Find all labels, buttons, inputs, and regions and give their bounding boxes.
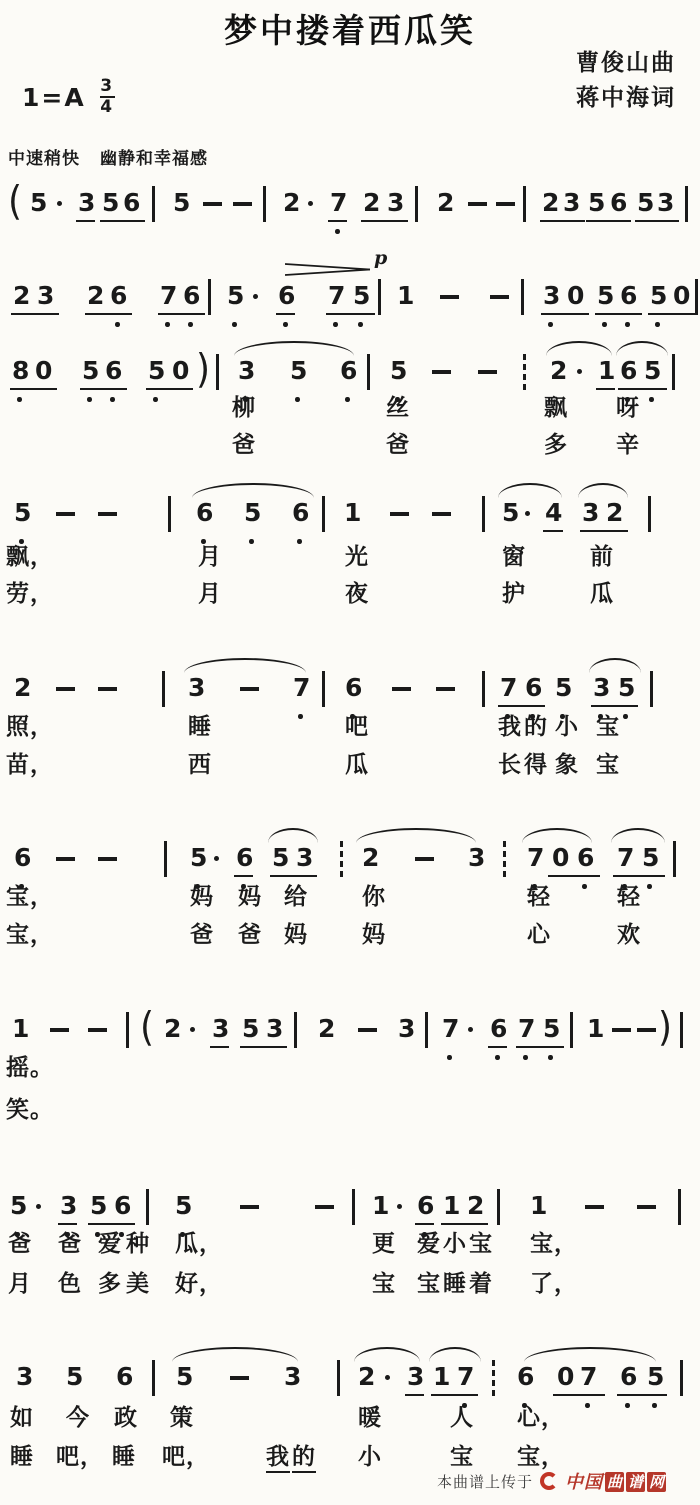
note-2: 2 — [283, 190, 300, 215]
dash-note — [98, 687, 117, 691]
lyric-syllable: 窗 — [502, 545, 526, 570]
octave-dot — [115, 322, 120, 327]
lyric-syllable: 吧 — [345, 715, 369, 740]
dash-note — [233, 202, 252, 206]
note-5: 5 — [244, 500, 261, 525]
lyric-syllable: 政 — [114, 1406, 138, 1431]
beam-underline — [498, 705, 545, 707]
note-6: 6 — [114, 1193, 131, 1218]
note-1: 1 — [598, 358, 615, 383]
lyric-syllable: 色 — [58, 1272, 82, 1297]
note-5: 5 — [190, 845, 207, 870]
barline — [482, 496, 485, 532]
note-5: 5 — [642, 845, 659, 870]
barline — [367, 354, 370, 390]
note-2: 2 — [606, 500, 623, 525]
slur-arc — [172, 1347, 298, 1362]
note-6: 6 — [610, 190, 627, 215]
dash-note — [56, 512, 75, 516]
beam-underline — [88, 1223, 135, 1225]
lyric-syllable: 瓜 — [590, 582, 614, 607]
beam-underline — [580, 530, 628, 532]
slur-arc — [589, 658, 641, 673]
lyric-syllable: 宝 — [417, 1272, 441, 1297]
lyric-syllable: 睡 — [112, 1445, 136, 1470]
lyric-syllable: 妈 — [362, 923, 386, 948]
note-3: 3 — [78, 190, 95, 215]
lyric-syllable: 吧， — [162, 1445, 210, 1470]
lyric-syllable: 照， — [6, 715, 54, 740]
beam-underline — [431, 1394, 478, 1396]
note-6: 6 — [517, 1364, 534, 1389]
upload-note: 本曲谱上传于 — [437, 1471, 533, 1492]
octave-dot — [232, 322, 237, 327]
lyric-syllable: 轻 — [617, 885, 641, 910]
mood-marking: 幽静和幸福感 — [100, 149, 208, 169]
note-5: 5 — [102, 190, 119, 215]
lyric-syllable: 更 — [372, 1232, 396, 1257]
note-6: 6 — [345, 675, 362, 700]
note-3: 3 — [212, 1016, 229, 1041]
note-7: 7 — [330, 190, 347, 215]
slur-arc — [356, 828, 476, 843]
slur-arc — [611, 828, 665, 843]
note-5: 5 — [637, 190, 654, 215]
lyric-syllable: 如 — [10, 1406, 34, 1431]
slur-arc — [498, 483, 562, 498]
octave-dot — [165, 322, 170, 327]
note-3: 3 — [593, 675, 610, 700]
lyric-syllable: 月 — [198, 582, 222, 607]
barline — [152, 1360, 155, 1396]
beam-underline — [234, 875, 253, 877]
note-2: 2 — [362, 845, 379, 870]
slur-arc — [522, 828, 592, 843]
beam-underline — [405, 1394, 424, 1396]
note-6: 6 — [490, 1016, 507, 1041]
note-5: 5 — [555, 675, 572, 700]
slur-arc — [616, 341, 668, 356]
decrescendo-hairpin — [285, 261, 370, 274]
lyric-syllable: 今 — [66, 1406, 90, 1431]
barline — [482, 671, 485, 707]
beam-underline — [553, 1394, 605, 1396]
phrase-paren: ( — [140, 1008, 154, 1048]
lyric-syllable: 睡 — [443, 1272, 467, 1297]
lyric-syllable: 欢 — [617, 923, 641, 948]
barline — [152, 186, 155, 222]
lyric-syllable: 妈 — [190, 885, 214, 910]
note-3: 3 — [188, 675, 205, 700]
note-6: 6 — [183, 283, 200, 308]
octave-dot — [358, 322, 363, 327]
barline — [322, 671, 325, 707]
octave-dot — [295, 397, 300, 402]
note-0: 0 — [35, 358, 52, 383]
barline-dashed — [503, 841, 506, 877]
barline — [521, 279, 524, 315]
lyric-syllable: 暖 — [358, 1406, 382, 1431]
note-0: 0 — [567, 283, 584, 308]
octave-dot — [582, 884, 587, 889]
aug-dot — [577, 369, 582, 374]
beam-underline — [80, 388, 127, 390]
beam-underline — [595, 313, 642, 315]
beam-underline — [596, 388, 615, 390]
beam-underline — [441, 1223, 488, 1225]
lyric-syllable: 爸 — [232, 433, 256, 458]
lyric-syllable: 妈 — [238, 885, 262, 910]
lyric-syllable: 丝 — [386, 396, 410, 421]
lyric-syllable: 小 — [443, 1232, 467, 1257]
barline — [570, 1012, 573, 1048]
lyric-syllable: 爱 — [98, 1232, 122, 1257]
note-5: 5 — [66, 1364, 83, 1389]
note-0: 0 — [552, 845, 569, 870]
beam-underline — [270, 875, 317, 877]
lyric-syllable: 种 — [126, 1232, 150, 1257]
beam-underline — [488, 1046, 507, 1048]
lyric-syllable: 象 — [555, 753, 579, 778]
note-5: 5 — [30, 190, 47, 215]
composer-credit: 曹俊山曲 — [576, 44, 676, 77]
lyric-syllable: 劳， — [6, 582, 54, 607]
beam-underline — [613, 875, 665, 877]
note-2: 2 — [542, 190, 559, 215]
note-1: 1 — [372, 1193, 389, 1218]
lyric-syllable: 夜 — [345, 582, 369, 607]
lyric-syllable: 月 — [8, 1272, 32, 1297]
octave-dot — [19, 539, 24, 544]
barline — [648, 496, 651, 532]
dash-note — [56, 857, 75, 861]
octave-dot — [585, 1403, 590, 1408]
note-7: 7 — [328, 283, 345, 308]
barline — [168, 496, 171, 532]
note-5: 5 — [176, 1364, 193, 1389]
note-6: 6 — [620, 283, 637, 308]
beam-underline — [328, 220, 347, 222]
dash-note — [432, 370, 451, 374]
note-5: 5 — [390, 358, 407, 383]
octave-dot — [625, 322, 630, 327]
lyric-syllable: 宝， — [6, 885, 54, 910]
note-3: 3 — [398, 1016, 415, 1041]
dash-note — [436, 687, 455, 691]
octave-dot — [655, 322, 660, 327]
dash-note — [315, 1205, 334, 1209]
note-7: 7 — [457, 1364, 474, 1389]
note-5: 5 — [543, 1016, 560, 1041]
site-logo-icon — [540, 1472, 558, 1490]
site-name-block: 网 — [647, 1472, 666, 1492]
lyric-syllable: 的 — [524, 715, 548, 740]
note-6: 6 — [123, 190, 140, 215]
beam-underline — [240, 1046, 287, 1048]
note-1: 1 — [530, 1193, 547, 1218]
lyric-syllable: 妈 — [284, 923, 308, 948]
barline-dashed — [523, 354, 526, 390]
note-2: 2 — [358, 1364, 375, 1389]
note-2: 2 — [87, 283, 104, 308]
octave-dot — [201, 539, 206, 544]
dash-note — [240, 1205, 259, 1209]
barline — [425, 1012, 428, 1048]
dash-note — [230, 1376, 249, 1380]
note-3: 3 — [407, 1364, 424, 1389]
phrase-paren: ( — [8, 182, 22, 222]
barline — [216, 354, 219, 390]
lyric-syllable: 宝 — [596, 753, 620, 778]
lyric-syllable: 飘， — [6, 545, 54, 570]
note-5: 5 — [597, 283, 614, 308]
note-6: 6 — [116, 1364, 133, 1389]
beam-underline — [76, 220, 95, 222]
dash-note — [98, 512, 117, 516]
note-6: 6 — [14, 845, 31, 870]
beam-underline — [85, 313, 132, 315]
lyric-syllable: 护 — [502, 582, 526, 607]
note-3: 3 — [296, 845, 313, 870]
lyric-syllable: 小 — [358, 1445, 382, 1470]
note-5: 5 — [90, 1193, 107, 1218]
lyric-syllable: 吧， — [56, 1445, 104, 1470]
barline — [146, 1189, 149, 1225]
note-1: 1 — [12, 1016, 29, 1041]
note-5: 5 — [148, 358, 165, 383]
dynamic-mark: p — [374, 247, 387, 269]
beam-underline — [591, 705, 638, 707]
footer: 本曲谱上传于 中国曲谱网 — [437, 1468, 666, 1494]
note-2: 2 — [14, 675, 31, 700]
note-6: 6 — [577, 845, 594, 870]
octave-dot — [447, 1055, 452, 1060]
lyric-syllable: 苗， — [6, 753, 54, 778]
beam-underline — [361, 220, 408, 222]
octave-dot — [602, 322, 607, 327]
note-0: 0 — [557, 1364, 574, 1389]
beam-underline — [326, 313, 375, 315]
lyric-syllable: 长 — [498, 753, 522, 778]
lyric-syllable: 笑。 — [6, 1098, 54, 1123]
lyric-syllable: 爸 — [386, 433, 410, 458]
dash-note — [390, 512, 409, 516]
lyric-syllable: 宝， — [6, 923, 54, 948]
note-5: 5 — [242, 1016, 259, 1041]
lyric-syllable: 策 — [170, 1406, 194, 1431]
note-7: 7 — [160, 283, 177, 308]
barline — [126, 1012, 129, 1048]
note-0: 0 — [673, 283, 690, 308]
beam-underline — [210, 1046, 229, 1048]
barline — [685, 186, 688, 222]
lyric-syllable: 心， — [517, 1406, 565, 1431]
note-0: 0 — [172, 358, 189, 383]
note-3: 3 — [543, 283, 560, 308]
barline — [415, 186, 418, 222]
lyric-syllable: 爸 — [58, 1232, 82, 1257]
note-2: 2 — [550, 358, 567, 383]
note-7: 7 — [527, 845, 544, 870]
beam-underline — [10, 388, 57, 390]
note-5: 5 — [227, 283, 244, 308]
note-5: 5 — [14, 500, 31, 525]
slur-arc — [546, 341, 612, 356]
aug-dot — [36, 1204, 41, 1209]
lyric-syllable: 美 — [126, 1272, 150, 1297]
note-6: 6 — [292, 500, 309, 525]
barline — [523, 186, 526, 222]
octave-dot — [623, 714, 628, 719]
beam-underline — [516, 1046, 564, 1048]
note-1: 1 — [443, 1193, 460, 1218]
beam-underline — [100, 220, 145, 222]
barline — [497, 1189, 500, 1225]
octave-dot — [649, 397, 654, 402]
lyric-syllable: 瓜， — [175, 1232, 223, 1257]
beam-underline — [58, 1223, 77, 1225]
lyric-syllable: 光 — [345, 545, 369, 570]
note-3: 3 — [60, 1193, 77, 1218]
lyric-syllable: 人 — [450, 1406, 474, 1431]
note-7: 7 — [518, 1016, 535, 1041]
lyricist-credit: 蒋中海词 — [576, 79, 676, 112]
lyric-syllable: 西 — [188, 753, 212, 778]
lyric-syllable: 小 — [555, 715, 579, 740]
lyric-syllable: 宝 — [450, 1445, 474, 1470]
lyric-syllable: 了， — [530, 1272, 578, 1297]
barline — [208, 279, 211, 315]
note-6: 6 — [110, 283, 127, 308]
note-6: 6 — [278, 283, 295, 308]
lyric-syllable: 爸 — [238, 923, 262, 948]
aug-dot — [190, 1027, 195, 1032]
dash-note — [637, 1205, 656, 1209]
lyric-syllable: 睡 — [10, 1445, 34, 1470]
note-6: 6 — [417, 1193, 434, 1218]
note-7: 7 — [293, 675, 310, 700]
octave-dot — [153, 397, 158, 402]
note-3: 3 — [266, 1016, 283, 1041]
slur-arc — [234, 341, 354, 356]
note-6: 6 — [620, 1364, 637, 1389]
time-signature: 34 — [100, 78, 115, 116]
lyric-syllable: 月 — [198, 545, 222, 570]
slur-arc — [429, 1347, 481, 1362]
beam-underline — [158, 313, 205, 315]
note-5: 5 — [272, 845, 289, 870]
dash-note — [203, 202, 222, 206]
dash-note — [612, 1028, 631, 1032]
octave-dot — [298, 714, 303, 719]
lyric-syllable: 我 — [498, 715, 522, 740]
lyric-syllable: 多 — [544, 433, 568, 458]
note-8: 8 — [12, 358, 29, 383]
beam-underline — [541, 313, 589, 315]
lyric-syllable: 你 — [362, 885, 386, 910]
note-5: 5 — [650, 283, 667, 308]
lyric-syllable: 爱 — [417, 1232, 441, 1257]
barline — [695, 279, 698, 315]
dash-note — [440, 295, 459, 299]
lyric-syllable: 我 — [266, 1445, 290, 1473]
octave-dot — [345, 397, 350, 402]
lyric-syllable: 柳 — [232, 396, 256, 421]
note-5: 5 — [644, 358, 661, 383]
note-3: 3 — [238, 358, 255, 383]
barline — [678, 1189, 681, 1225]
note-5: 5 — [173, 190, 190, 215]
octave-dot — [188, 322, 193, 327]
note-1: 1 — [433, 1364, 450, 1389]
dash-note — [468, 202, 487, 206]
lyric-syllable: 给 — [284, 885, 308, 910]
octave-dot — [17, 397, 22, 402]
key-signature: 1=A 34 — [22, 78, 115, 116]
note-2: 2 — [13, 283, 30, 308]
slur-arc — [268, 828, 318, 843]
lyric-syllable: 摇。 — [6, 1056, 54, 1081]
note-3: 3 — [468, 845, 485, 870]
site-name-block: 曲 — [605, 1472, 624, 1492]
note-5: 5 — [175, 1193, 192, 1218]
lyric-syllable: 宝 — [469, 1232, 493, 1257]
dash-note — [478, 370, 497, 374]
octave-dot — [335, 229, 340, 234]
beam-underline — [415, 1223, 434, 1225]
lyric-syllable: 爸 — [190, 923, 214, 948]
barline — [352, 1189, 355, 1225]
slur-arc — [524, 1347, 656, 1362]
octave-dot — [652, 1403, 657, 1408]
aug-dot — [308, 201, 313, 206]
note-5: 5 — [290, 358, 307, 383]
note-6: 6 — [236, 845, 253, 870]
lyric-syllable: 瓜 — [345, 753, 369, 778]
beam-underline — [548, 875, 600, 877]
note-1: 1 — [587, 1016, 604, 1041]
dash-note — [50, 1028, 69, 1032]
barline — [680, 1360, 683, 1396]
note-5: 5 — [502, 500, 519, 525]
note-7: 7 — [580, 1364, 597, 1389]
note-6: 6 — [525, 675, 542, 700]
note-5: 5 — [647, 1364, 664, 1389]
note-1: 1 — [344, 500, 361, 525]
lyric-syllable: 睡 — [188, 715, 212, 740]
note-3: 3 — [37, 283, 54, 308]
sheet-music-page: 梦中搂着西瓜笑 曹俊山曲 蒋中海词 1=A 34 中速稍快幽静和幸福感 (535… — [0, 0, 700, 1505]
dash-note — [585, 1205, 604, 1209]
note-7: 7 — [617, 845, 634, 870]
note-3: 3 — [582, 500, 599, 525]
octave-dot — [548, 322, 553, 327]
aug-dot — [214, 856, 219, 861]
beam-underline — [11, 313, 59, 315]
tempo-marking: 中速稍快幽静和幸福感 — [8, 144, 208, 169]
aug-dot — [525, 511, 530, 516]
note-2: 2 — [437, 190, 454, 215]
lyric-syllable: 宝 — [372, 1272, 396, 1297]
note-6: 6 — [340, 358, 357, 383]
beam-underline — [618, 388, 667, 390]
beam-underline — [540, 220, 585, 222]
lyric-syllable: 轻 — [527, 885, 551, 910]
note-7: 7 — [442, 1016, 459, 1041]
lyric-syllable: 多 — [98, 1272, 122, 1297]
note-7: 7 — [500, 675, 517, 700]
octave-dot — [333, 322, 338, 327]
